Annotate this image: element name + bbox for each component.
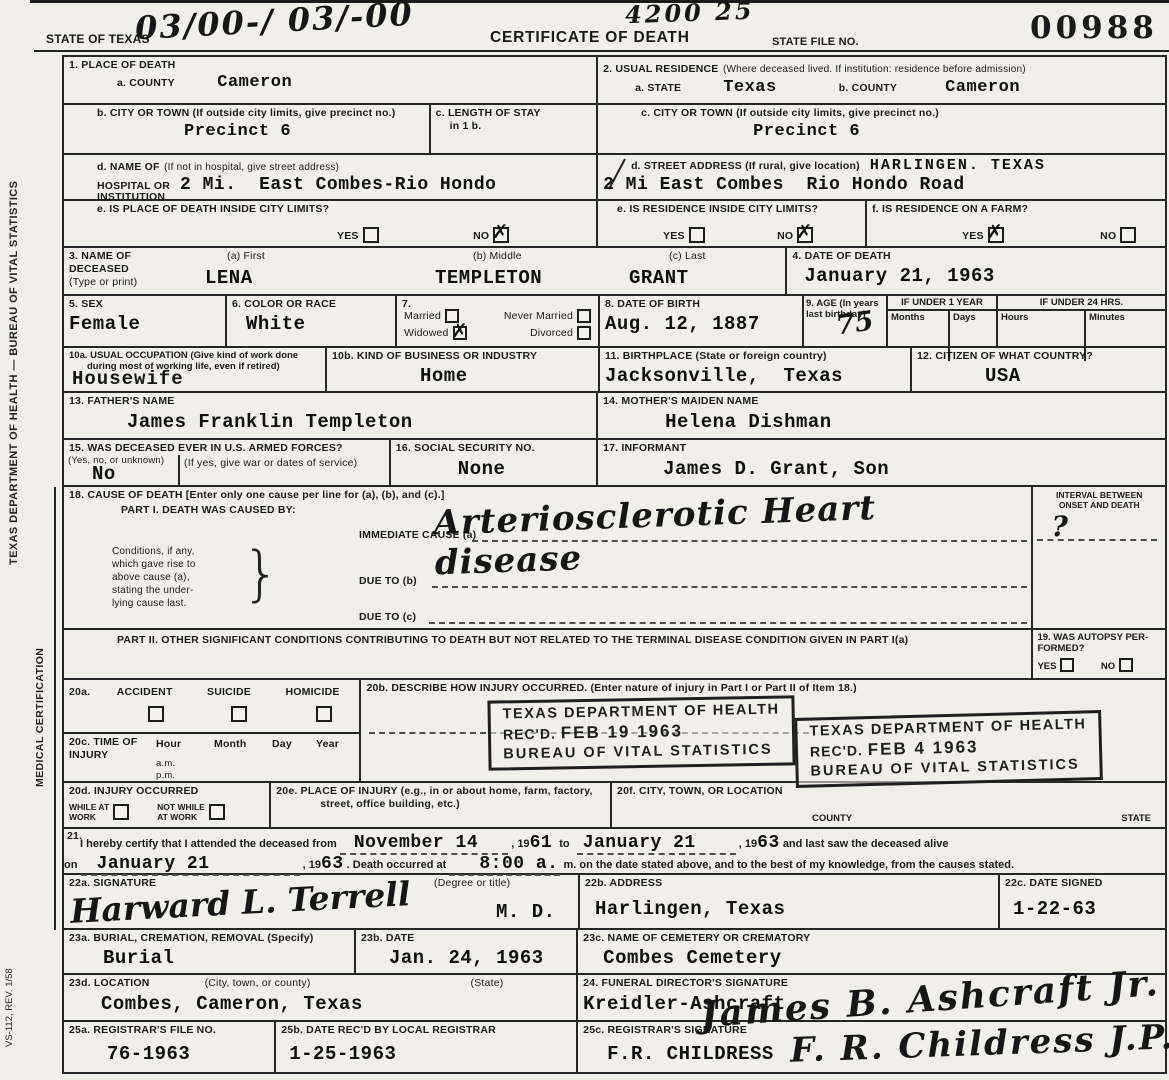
hospital-value: 2 Mi. East Combes-Rio Hondo [180, 175, 496, 195]
under-24-hrs-cell: IF UNDER 24 HRS. Hours Minutes [998, 296, 1165, 346]
mother-label: 14. MOTHER'S MAIDEN NAME [603, 395, 1160, 408]
injury-city-cell: 20f. CITY, TOWN, OR LOCATION COUNTY STAT… [612, 783, 1165, 827]
residence-city-value: Precinct 6 [753, 122, 1160, 141]
autopsy-yes-label: YES [1037, 661, 1056, 672]
physician-address-label: 22b. ADDRESS [585, 877, 993, 890]
father-label: 13. FATHER'S NAME [69, 395, 591, 408]
name-label-block: 3. NAME OF DECEASED (Type or print) [69, 250, 181, 292]
year-label: Year [316, 738, 339, 751]
due-to-c-label: DUE TO (c) [359, 611, 416, 624]
due-to-b-label: DUE TO (b) [359, 575, 417, 588]
day-label: Day [272, 738, 292, 751]
informant-label: 17. INFORMANT [603, 442, 1160, 455]
widowed-checkbox [453, 326, 467, 340]
race-cell: 6. COLOR OR RACE White [227, 296, 397, 346]
suicide-checkbox [231, 706, 247, 722]
street-stamp-value: HARLINGEN. TEXAS [870, 157, 1046, 174]
margin-department-label: TEXAS DEPARTMENT OF HEALTH — BUREAU OF V… [8, 145, 30, 600]
while-at-work-checkbox [113, 804, 129, 820]
autopsy-yes-checkbox [1060, 658, 1074, 672]
burial-date-value: Jan. 24, 1963 [389, 947, 571, 969]
farm-cell: f. IS RESIDENCE ON A FARM? YES NO [867, 201, 1165, 246]
place-of-death-cell: 1. PLACE OF DEATH a. COUNTY Cameron [64, 57, 598, 103]
farm-no-label: NO [1100, 230, 1116, 242]
funeral-director-label: 24. FUNERAL DIRECTOR'S SIGNATURE [583, 977, 1160, 990]
citizen-cell: 12. CITIZEN OF WHAT COUNTRY? USA [912, 348, 1104, 391]
cemetery-cell: 23c. NAME OF CEMETERY OR CREMATORY Combe… [578, 930, 1165, 973]
injury-occurred-label: 20d. INJURY OCCURRED [69, 785, 264, 798]
cause-of-death-cell: 18. CAUSE OF DEATH [Enter only one cause… [64, 487, 1033, 628]
row-place-residence: 1. PLACE OF DEATH a. COUNTY Cameron 2. U… [62, 55, 1167, 105]
occupation-value: Housewife [72, 368, 184, 390]
row-forces-ssn-informant: 15. WAS DECEASED EVER IN U.S. ARMED FORC… [62, 440, 1167, 487]
occupation-label-1: 10a. USUAL OCCUPATION (Give kind of work… [69, 350, 320, 361]
interval-cell: INTERVAL BETWEEN ONSET AND DEATH ? [1033, 487, 1165, 628]
autopsy-no-checkbox [1119, 658, 1133, 672]
pod-limits-no-checkbox [493, 227, 509, 243]
place-of-injury-label-2: street, office building, etc.) [320, 798, 605, 811]
state-of-texas-label: STATE OF TEXAS [46, 32, 150, 47]
sex-value: Female [69, 313, 220, 335]
injury-manner-cell: 20a. ACCIDENT SUICIDE HOMICIDE 20c. TIME… [64, 680, 361, 781]
degree-label: (Degree or title) [434, 877, 510, 890]
street-address-label: d. STREET ADDRESS (If rural, give locati… [631, 160, 860, 173]
physician-address-value: Harlingen, Texas [595, 898, 993, 920]
suicide-label: SUICIDE [207, 686, 251, 698]
burial-location-sub1: (City, town, or county) [205, 977, 311, 990]
widowed-option: Widowed [404, 326, 467, 340]
medical-section-bracket-line [54, 487, 56, 930]
date-signed-label: 22c. DATE SIGNED [1005, 877, 1160, 890]
burial-location-sub2: (State) [471, 977, 504, 990]
not-while-at-work-label: NOT WHILE AT WORK [157, 802, 205, 822]
autopsy-label: 19. WAS AUTOPSY PER- FORMED? [1037, 632, 1161, 654]
residence-title: 2. USUAL RESIDENCE [603, 63, 718, 75]
usual-residence-cell: 2. USUAL RESIDENCE (Where deceased lived… [598, 57, 1165, 103]
certify-to-date: January 21 [577, 833, 736, 855]
received-stamp-1: TEXAS DEPARTMENT OF HEALTH REC'D. FEB 19… [487, 695, 795, 770]
month-label: Month [214, 738, 247, 751]
first-name-value: LENA [205, 267, 377, 289]
row-location-director: 23d. LOCATION (City, town, or county) (S… [62, 975, 1167, 1022]
ampm-label: a.m. p.m. [156, 758, 175, 782]
farm-label: f. IS RESIDENCE ON A FARM? [872, 203, 1160, 216]
citizen-value: USA [985, 365, 1099, 387]
homicide-label: HOMICIDE [285, 686, 339, 698]
residence-city-label: c. CITY OR TOWN (If outside city limits,… [641, 107, 1160, 120]
pod-county-value: Cameron [217, 73, 292, 92]
date-of-death-label: 4. DATE OF DEATH [792, 250, 1160, 263]
burial-type-value: Burial [103, 947, 349, 969]
ssn-label: 16. SOCIAL SECURITY NO. [396, 442, 591, 455]
stamp1-line1: TEXAS DEPARTMENT OF HEALTH [503, 702, 780, 723]
divorced-option: Divorced [530, 326, 591, 340]
burial-location-cell: 23d. LOCATION (City, town, or county) (S… [64, 975, 578, 1020]
injury-a-label: 20a. [69, 686, 90, 698]
under-one-year-cell: IF UNDER 1 YEAR Months Days [888, 296, 998, 346]
farm-no-checkbox [1120, 227, 1136, 243]
cemetery-label: 23c. NAME OF CEMETERY OR CREMATORY [583, 932, 1160, 945]
burial-location-value: Combes, Cameron, Texas [101, 993, 571, 1015]
injury-occurred-cell: 20d. INJURY OCCURRED WHILE AT WORK NOT W… [64, 783, 271, 827]
street-value: 2 Mi East Combes Rio Hondo Road [603, 175, 1160, 195]
row-city-town: b. CITY OR TOWN (If outside city limits,… [62, 105, 1167, 155]
registrar-signature-cell: 25c. REGISTRAR'S SIGNATURE F.R. CHILDRES… [578, 1022, 1165, 1072]
stamp1-line3: BUREAU OF VITAL STATISTICS [503, 742, 780, 763]
top-border-line [30, 0, 1169, 3]
farm-yes-checkbox [988, 227, 1004, 243]
last-name-label: (c) Last [669, 250, 780, 263]
certify-on-year: 63 [321, 854, 344, 874]
armed-forces-label: 15. WAS DECEASED EVER IN U.S. ARMED FORC… [64, 440, 389, 455]
sex-label: 5. SEX [69, 298, 220, 311]
place-of-death-title: 1. PLACE OF DEATH [69, 59, 591, 72]
never-married-checkbox [577, 309, 591, 323]
dob-value: Aug. 12, 1887 [605, 313, 797, 335]
residence-limits-cell: e. IS RESIDENCE INSIDE CITY LIMITS? YES … [598, 201, 867, 246]
under-one-year-label: IF UNDER 1 YEAR [888, 296, 996, 311]
last-name-block: (c) Last GRANT [627, 250, 780, 292]
margin-form-number: VS-112, REV. 1/58 [4, 945, 20, 1070]
certify-on-date: January 21 [81, 854, 300, 876]
row-occupation-birthplace: 10a. USUAL OCCUPATION (Give kind of work… [62, 348, 1167, 393]
father-value: James Franklin Templeton [127, 411, 591, 433]
pod-limits-no-label: NO [473, 230, 489, 242]
residence-county-label: b. COUNTY [839, 82, 897, 95]
name-of-deceased-cell: 3. NAME OF DECEASED (Type or print) (a) … [64, 248, 787, 294]
part2-cell: PART II. OTHER SIGNIFICANT CONDITIONS CO… [64, 630, 1033, 678]
time-of-injury-subcell: 20c. TIME OF INJURY Hour a.m. p.m. Month… [64, 734, 359, 787]
row-parents: 13. FATHER'S NAME James Franklin Templet… [62, 393, 1167, 440]
margin-medical-certification-label: MEDICAL CERTIFICATION [34, 615, 52, 820]
length-of-stay-sub: in 1 b. [450, 120, 591, 133]
pod-city-value: Precinct 6 [184, 122, 424, 141]
hospital-label-paren: (If not in hospital, give street address… [164, 162, 339, 173]
row-part2-autopsy: PART II. OTHER SIGNIFICANT CONDITIONS CO… [62, 630, 1167, 680]
pod-limits-yes-checkbox [363, 227, 379, 243]
death-certificate-scan: { "header": { "state_label": "STATE OF T… [0, 0, 1169, 1080]
certify-number: 21. [67, 830, 82, 843]
injury-city-label: 20f. CITY, TOWN, OR LOCATION [617, 785, 1160, 798]
birthplace-value: Jacksonville, Texas [605, 365, 905, 387]
mother-cell: 14. MOTHER'S MAIDEN NAME Helena Dishman [598, 393, 1165, 438]
row-name-dod: 3. NAME OF DECEASED (Type or print) (a) … [62, 248, 1167, 296]
physician-signature-cell: 22a. SIGNATURE (Degree or title) Harward… [64, 875, 580, 928]
age-value: 75 [834, 306, 876, 342]
birthplace-cell: 11. BIRTHPLACE (State or foreign country… [600, 348, 912, 391]
residence-state-value: Texas [723, 78, 777, 97]
interval-label: INTERVAL BETWEEN ONSET AND DEATH [1037, 490, 1161, 510]
business-value: Home [420, 365, 593, 387]
registrar-file-cell: 25a. REGISTRAR'S FILE NO. 76-1963 [64, 1022, 276, 1072]
never-married-option: Never Married [504, 309, 591, 323]
pod-city-label: b. CITY OR TOWN (If outside city limits,… [97, 107, 424, 120]
middle-name-block: (b) Middle TEMPLETON [377, 250, 627, 292]
cemetery-value: Combes Cemetery [603, 947, 1160, 969]
registrar-recd-cell: 25b. DATE REC'D BY LOCAL REGISTRAR 1-25-… [276, 1022, 578, 1072]
dob-cell: 8. DATE OF BIRTH Aug. 12, 1887 [600, 296, 804, 346]
certify-from-date: November 14 [340, 833, 508, 855]
pod-county-label: a. COUNTY [117, 77, 175, 89]
first-name-label: (a) First [227, 250, 377, 263]
residence-limits-yes-label: YES [663, 230, 685, 242]
autopsy-cell: 19. WAS AUTOPSY PER- FORMED? YES NO [1033, 630, 1165, 678]
pod-city-cell: b. CITY OR TOWN (If outside city limits,… [64, 105, 431, 153]
row-burial: 23a. BURIAL, CREMATION, REMOVAL (Specify… [62, 930, 1167, 975]
place-of-injury-label-1: 20e. PLACE OF INJURY (e.g., in or about … [276, 785, 605, 798]
row-injury-place: 20d. INJURY OCCURRED WHILE AT WORK NOT W… [62, 783, 1167, 829]
due-to-b-line [432, 586, 1027, 588]
age-label-1: 9. AGE (In years [806, 298, 884, 309]
hospital-cell: d. NAME OF (If not in hospital, give str… [64, 155, 598, 199]
sex-cell: 5. SEX Female [64, 296, 227, 346]
handwritten-file-number: 4200 25 [625, 0, 755, 29]
stamp1-line2: REC'D. FEB 19 1963 [503, 720, 780, 745]
citizen-label: 12. CITIZEN OF WHAT COUNTRY? [917, 350, 1099, 363]
informant-cell: 17. INFORMANT James D. Grant, Son [598, 440, 1165, 485]
length-of-stay-cell: c. LENGTH OF STAY in 1 b. [431, 105, 598, 153]
mother-value: Helena Dishman [665, 411, 1160, 433]
registrar-file-value: 76-1963 [107, 1043, 269, 1065]
row-certification: 21. I hereby certify that I attended the… [62, 829, 1167, 875]
certificate-title: CERTIFICATE OF DEATH [490, 28, 690, 47]
conditions-note: Conditions, if any, which gave rise to a… [112, 545, 196, 610]
business-cell: 10b. KIND OF BUSINESS OR INDUSTRY Home [327, 348, 600, 391]
certify-line-1: I hereby certify that I attended the dec… [64, 829, 1165, 853]
burial-date-label: 23b. DATE [361, 932, 571, 945]
not-while-at-work-checkbox [209, 804, 225, 820]
date-signed-cell: 22c. DATE SIGNED 1-22-63 [1000, 875, 1165, 928]
date-of-death-cell: 4. DATE OF DEATH January 21, 1963 [787, 248, 1165, 294]
residence-city-cell: c. CITY OR TOWN (If outside city limits,… [598, 105, 1165, 153]
first-name-block: (a) First LENA [181, 250, 377, 292]
forces-answer-block: (Yes, no, or unknown) No [64, 455, 180, 485]
interval-line [1037, 539, 1157, 541]
under-24-hrs-label: IF UNDER 24 HRS. [998, 296, 1165, 311]
middle-name-value: TEMPLETON [435, 267, 627, 289]
ssn-cell: 16. SOCIAL SECURITY NO. None [391, 440, 598, 485]
residence-title-paren: (Where deceased lived. If institution: r… [723, 64, 1026, 75]
forces-sub1: (Yes, no, or unknown) [68, 455, 174, 467]
while-at-work-label: WHILE AT WORK [69, 802, 109, 822]
race-label: 6. COLOR OR RACE [232, 298, 390, 311]
date-of-death-value: January 21, 1963 [804, 265, 1160, 287]
part2-label: PART II. OTHER SIGNIFICANT CONDITIONS CO… [117, 634, 1026, 647]
certificate-form: 1. PLACE OF DEATH a. COUNTY Cameron 2. U… [62, 55, 1167, 1074]
armed-forces-cell: 15. WAS DECEASED EVER IN U.S. ARMED FORC… [64, 440, 391, 485]
row-hospital-street: d. NAME OF (If not in hospital, give str… [62, 155, 1167, 201]
certify-to-year: 63 [757, 833, 780, 853]
date-signed-value: 1-22-63 [1013, 898, 1160, 920]
header-rule-1 [34, 50, 1169, 52]
manner-subcell: 20a. ACCIDENT SUICIDE HOMICIDE [64, 680, 359, 734]
handwritten-code: 03/00-/ 03/-00 [134, 0, 414, 47]
pod-limits-cell: e. IS PLACE OF DEATH INSIDE CITY LIMITS?… [64, 201, 598, 246]
burial-type-label: 23a. BURIAL, CREMATION, REMOVAL (Specify… [69, 932, 349, 945]
registrar-signature-label: 25c. REGISTRAR'S SIGNATURE [583, 1024, 1160, 1037]
marital-status-cell: 7. Married Never Married Widowed Divorce… [397, 296, 600, 346]
row-physician: 22a. SIGNATURE (Degree or title) Harward… [62, 875, 1167, 930]
place-of-injury-cell: 20e. PLACE OF INJURY (e.g., in or about … [271, 783, 612, 827]
funeral-director-value: Kreidler-Ashcraft [583, 993, 1160, 1015]
injury-state-label: STATE [1121, 813, 1151, 824]
describe-injury-label: 20b. DESCRIBE HOW INJURY OCCURRED. (Ente… [366, 682, 1160, 695]
length-of-stay-label: c. LENGTH OF STAY [436, 107, 591, 120]
pod-limits-yes-label: YES [337, 230, 359, 242]
street-address-cell: d. STREET ADDRESS (If rural, give locati… [598, 155, 1165, 199]
hour-label: Hour [156, 738, 181, 751]
hospital-label-1: d. NAME OF [97, 161, 160, 173]
due-to-c-line [429, 622, 1027, 624]
occupation-cell: 10a. USUAL OCCUPATION (Give kind of work… [64, 348, 327, 391]
business-label: 10b. KIND OF BUSINESS OR INDUSTRY [332, 350, 593, 363]
pod-limits-label: e. IS PLACE OF DEATH INSIDE CITY LIMITS? [97, 203, 591, 216]
certify-line-2: on January 21 , 1963 . Death occurred at… [64, 853, 1165, 874]
injury-county-label: COUNTY [812, 813, 852, 824]
forces-sub2: (If yes, give war or dates of service) [180, 455, 389, 485]
residence-limits-label: e. IS RESIDENCE INSIDE CITY LIMITS? [617, 203, 860, 216]
burial-location-label: 23d. LOCATION [69, 977, 150, 990]
registrar-signature-value: F.R. CHILDRESS [607, 1043, 1160, 1065]
row-registrar: 25a. REGISTRAR'S FILE NO. 76-1963 25b. D… [62, 1022, 1167, 1074]
residence-county-value: Cameron [945, 78, 1020, 97]
informant-value: James D. Grant, Son [663, 458, 1160, 480]
ssn-value: None [458, 458, 591, 480]
row-sex-race-dob: 5. SEX Female 6. COLOR OR RACE White 7. … [62, 296, 1167, 348]
dob-label: 8. DATE OF BIRTH [605, 298, 797, 311]
accident-checkbox [148, 706, 164, 722]
funeral-director-cell: 24. FUNERAL DIRECTOR'S SIGNATURE Kreidle… [578, 975, 1165, 1020]
certificate-number: 00988 [1030, 10, 1158, 46]
conditions-brace: } [242, 539, 280, 609]
autopsy-no-label: NO [1101, 661, 1115, 672]
hospital-label-2: HOSPITAL ORINSTITUTION [97, 181, 170, 203]
farm-yes-label: YES [962, 230, 984, 242]
age-cell: 9. AGE (In years last birthday) 75 [804, 296, 888, 346]
state-file-no-label: STATE FILE NO. [772, 36, 859, 50]
time-of-injury-label: 20c. TIME OF INJURY [69, 736, 137, 762]
last-name-value: GRANT [629, 267, 780, 289]
residence-state-label: a. STATE [635, 82, 681, 95]
row-limits-farm: e. IS PLACE OF DEATH INSIDE CITY LIMITS?… [62, 201, 1167, 248]
physician-address-cell: 22b. ADDRESS Harlingen, Texas [580, 875, 1000, 928]
degree-value: M. D. [496, 901, 556, 923]
accident-label: ACCIDENT [117, 686, 173, 698]
registrar-recd-value: 1-25-1963 [289, 1043, 571, 1065]
certify-time: 8:00 a. [449, 854, 560, 876]
divorced-checkbox [577, 326, 591, 340]
middle-name-label: (b) Middle [473, 250, 627, 263]
registrar-file-label: 25a. REGISTRAR'S FILE NO. [69, 1024, 269, 1037]
registrar-recd-label: 25b. DATE REC'D BY LOCAL REGISTRAR [281, 1024, 571, 1037]
homicide-checkbox [316, 706, 332, 722]
birthplace-label: 11. BIRTHPLACE (State or foreign country… [605, 350, 905, 363]
burial-type-cell: 23a. BURIAL, CREMATION, REMOVAL (Specify… [64, 930, 356, 973]
burial-date-cell: 23b. DATE Jan. 24, 1963 [356, 930, 578, 973]
certificate-header: STATE OF TEXAS 03/00-/ 03/-00 4200 25 CE… [0, 0, 1169, 55]
father-cell: 13. FATHER'S NAME James Franklin Templet… [64, 393, 598, 438]
residence-limits-no-label: NO [777, 230, 793, 242]
received-stamp-2: TEXAS DEPARTMENT OF HEALTH REC'D. FEB 4 … [794, 710, 1103, 788]
row-cause-of-death: 18. CAUSE OF DEATH [Enter only one cause… [62, 487, 1167, 630]
certify-from-year: 61 [530, 833, 553, 853]
race-value: White [246, 313, 390, 335]
residence-limits-yes-checkbox [689, 227, 705, 243]
residence-limits-no-checkbox [797, 227, 813, 243]
